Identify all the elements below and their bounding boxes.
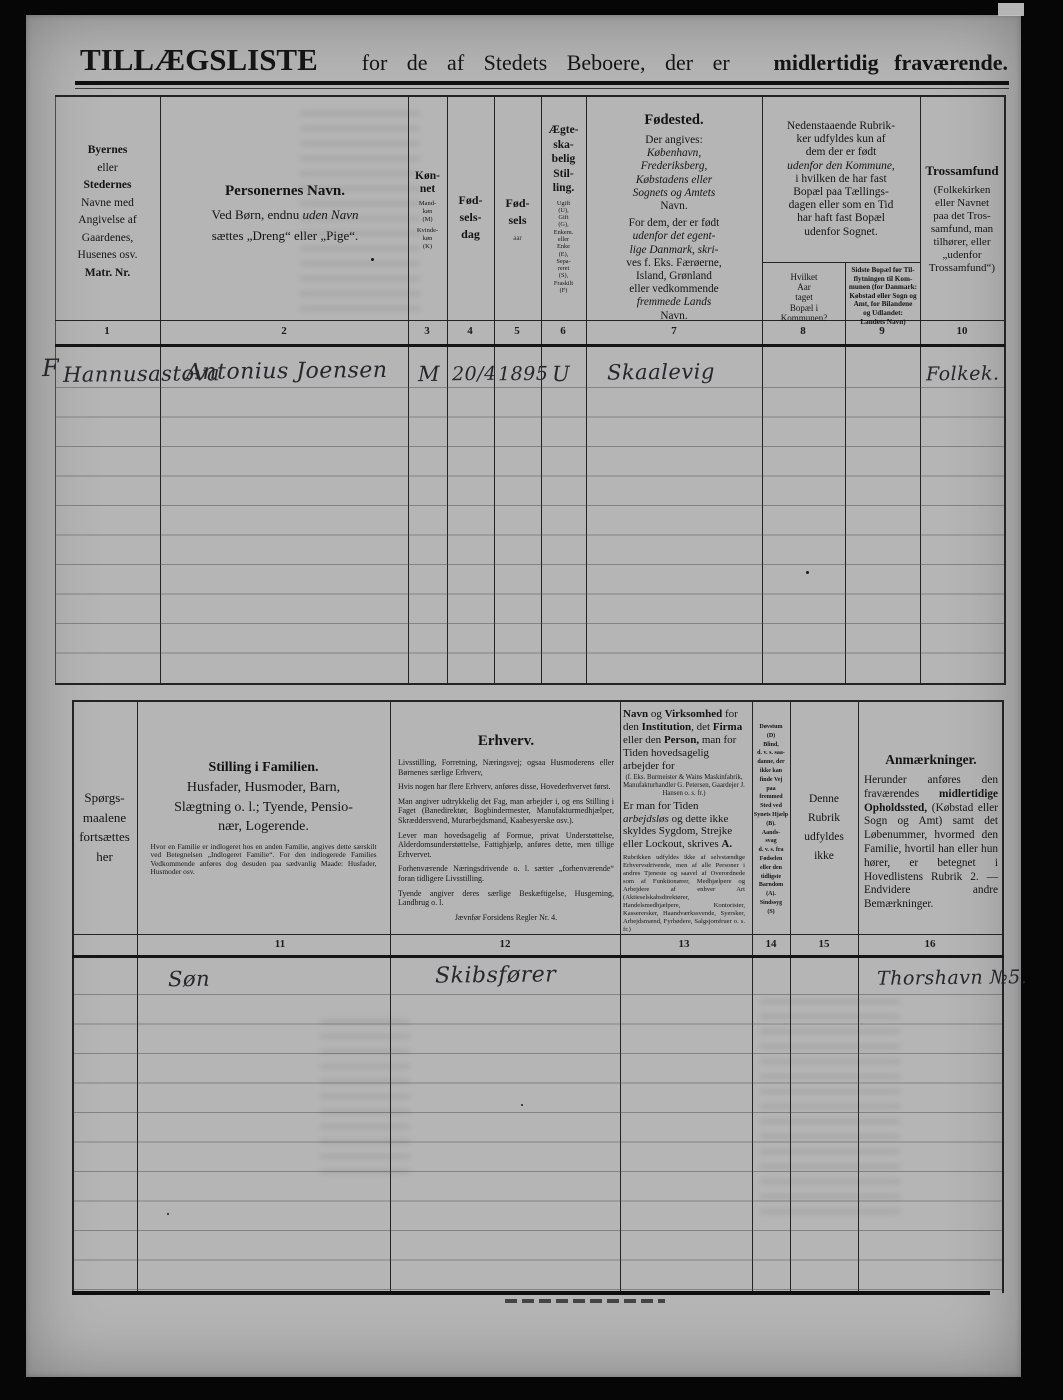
header-title: Personernes Navn. bbox=[165, 183, 405, 200]
column-number-4: 4 bbox=[450, 325, 490, 337]
column-header-1: ByernesellerStedernesNavne medAngivelse … bbox=[57, 142, 158, 282]
column-number-9: 9 bbox=[862, 325, 902, 337]
column-header-14: Døvstum(D)Blind,d. v. s. saa-danne, deri… bbox=[753, 723, 789, 917]
column-header-10: Trossamfund (Folkekirkeneller Navnetpaa … bbox=[922, 163, 1002, 275]
scan-artifact bbox=[998, 3, 1024, 16]
column-number-8: 8 bbox=[783, 325, 823, 337]
header-paragraph: Herunder anføres den fraværendes midlert… bbox=[864, 774, 998, 912]
column-header-5: Fød-sels aar bbox=[495, 195, 540, 242]
page-title: TILLÆGSLISTE for de af Stedets Beboere, … bbox=[80, 42, 1008, 78]
entry-marital-status: U bbox=[552, 362, 570, 386]
column-number-5: 5 bbox=[497, 325, 537, 337]
title-rule bbox=[75, 81, 1009, 85]
column-header-6: Ægte-ska-beligStil-ling. Ugift(U),Gift(G… bbox=[542, 123, 585, 294]
entry-remark: Thorshavn №5. bbox=[877, 966, 1028, 990]
header-lead: Navn og Virksomhed for den Institution, … bbox=[623, 708, 745, 773]
header-small: Rubrikken udfyldes ikke af selvstændige … bbox=[623, 854, 745, 934]
header-title: Stilling i Familien. bbox=[140, 760, 387, 776]
ruled-lines bbox=[73, 994, 1002, 1291]
entry-birth-day: 20/4 bbox=[452, 363, 497, 385]
header-small: (f. Eks. Burmeister & Wains Maskinfabrik… bbox=[623, 774, 745, 797]
header-title: Erhverv. bbox=[398, 733, 614, 750]
column-number-16: 16 bbox=[910, 938, 950, 950]
scanned-census-page: TILLÆGSLISTE for de af Stedets Beboere, … bbox=[0, 0, 1063, 1400]
column-header-12: Erhverv. Livsstilling, Forretning, Nærin… bbox=[398, 733, 614, 927]
column-number-2: 2 bbox=[264, 325, 304, 337]
column-number-15: 15 bbox=[804, 938, 844, 950]
grid-line bbox=[55, 683, 1005, 685]
column-number-7: 7 bbox=[654, 325, 694, 337]
header-lines: (Folkekirkeneller Navnetpaa det Tros-sam… bbox=[922, 184, 1002, 275]
column-number-13: 13 bbox=[664, 938, 704, 950]
entry-birthplace: Skaalevig bbox=[607, 359, 715, 384]
title-rule-thin bbox=[75, 88, 1009, 89]
header-paragraphs: Livsstilling, Forretning, Næringsvej; og… bbox=[398, 758, 614, 922]
column-number-11: 11 bbox=[260, 938, 300, 950]
ruled-lines bbox=[56, 387, 1004, 654]
entry-occupation: Skibsfører bbox=[435, 962, 557, 988]
column-number-12: 12 bbox=[485, 938, 525, 950]
header-small: Mand-køn(M)Kvinde-køn(K) bbox=[409, 200, 446, 251]
column-header-9: Sidste Bopæl før Til-flytningen til Kom-… bbox=[847, 266, 919, 326]
column-number-6: 6 bbox=[543, 325, 583, 337]
grid-line bbox=[1004, 95, 1006, 685]
column-header-4: Fød-sels-dag bbox=[448, 192, 493, 243]
header-small: aar bbox=[495, 234, 540, 242]
column-header-2: Personernes Navn. Ved Børn, endnu uden N… bbox=[165, 183, 405, 244]
column-number-1: 1 bbox=[87, 325, 127, 337]
header-title: Anmærkninger. bbox=[860, 752, 1002, 768]
column-header-15: DenneRubrikudfyldesikke bbox=[792, 790, 856, 866]
column-header-3: Køn-net Mand-køn(M)Kvinde-køn(K) bbox=[409, 170, 446, 251]
header-title: Ægte-ska-beligStil-ling. bbox=[542, 123, 585, 196]
column-number-10: 10 bbox=[942, 325, 982, 337]
page-title-mid: for de af Stedets Beboere, der er bbox=[362, 50, 730, 76]
column-header-16: Anmærkninger. Herunder anføres den fravæ… bbox=[860, 752, 1002, 912]
header-lines: Husfader, Husmoder, Barn,Slægtning o. l.… bbox=[140, 778, 387, 837]
scan-speck bbox=[371, 258, 374, 261]
grid-line bbox=[72, 700, 1004, 702]
grid-line-thick bbox=[72, 955, 1004, 958]
column-header-13: Navn og Virksomhed for den Institution, … bbox=[623, 708, 745, 934]
header-title: Køn-net bbox=[409, 170, 446, 196]
column-header-8: HvilketAartagetBopæl iKommunen? bbox=[764, 272, 844, 323]
grid-line-thick bbox=[72, 1291, 990, 1295]
grid-line bbox=[1002, 700, 1004, 1293]
page-title-main: TILLÆGSLISTE bbox=[80, 42, 318, 78]
grid-line bbox=[72, 934, 1004, 935]
header-line: sættes „Dreng“ eller „Pige“. bbox=[165, 228, 405, 244]
grid-line-thick bbox=[55, 344, 1005, 347]
column-header-7: Fødested. Der angives:København,Frederik… bbox=[590, 112, 758, 323]
column-number-3: 3 bbox=[407, 325, 447, 337]
header-lines: Der angives:København,Frederiksberg,Købs… bbox=[590, 134, 758, 323]
grid-line bbox=[55, 95, 1005, 97]
continuation-label: Spørgs-maalenefortsættesher bbox=[74, 788, 135, 866]
column-header-8-9-shared: Nedenstaaende Rubrik-ker udfyldes kun af… bbox=[764, 120, 918, 239]
header-title: Fød-sels bbox=[495, 195, 540, 229]
printer-imprint bbox=[505, 1299, 665, 1303]
entry-margin-mark: F bbox=[42, 354, 59, 382]
header-mid: Er man for Tiden arbejdsløs og dette ikk… bbox=[623, 800, 745, 850]
header-title: Fødested. bbox=[590, 112, 758, 129]
entry-faith: Folkek. bbox=[926, 363, 1000, 386]
header-small: Hvor en Familie er indlogeret hos en and… bbox=[151, 843, 377, 877]
entry-name: Antonius Joensen bbox=[186, 358, 388, 385]
entry-sex: M bbox=[418, 362, 440, 386]
column-header-11: Stilling i Familien. Husfader, Husmoder,… bbox=[140, 760, 387, 877]
entry-birth-year: 1895 bbox=[498, 363, 549, 386]
header-small: Ugift(U),Gift(G),Enkem.ellerEnke(E),Sepa… bbox=[542, 200, 585, 295]
page-title-tail: midlertidig fraværende. bbox=[774, 50, 1008, 76]
grid-line bbox=[762, 262, 920, 263]
header-title: Trossamfund bbox=[922, 163, 1002, 179]
column-number-14: 14 bbox=[751, 938, 791, 950]
entry-position-in-family: Søn bbox=[168, 967, 210, 991]
header-line: Ved Børn, endnu uden Navn bbox=[165, 207, 405, 223]
